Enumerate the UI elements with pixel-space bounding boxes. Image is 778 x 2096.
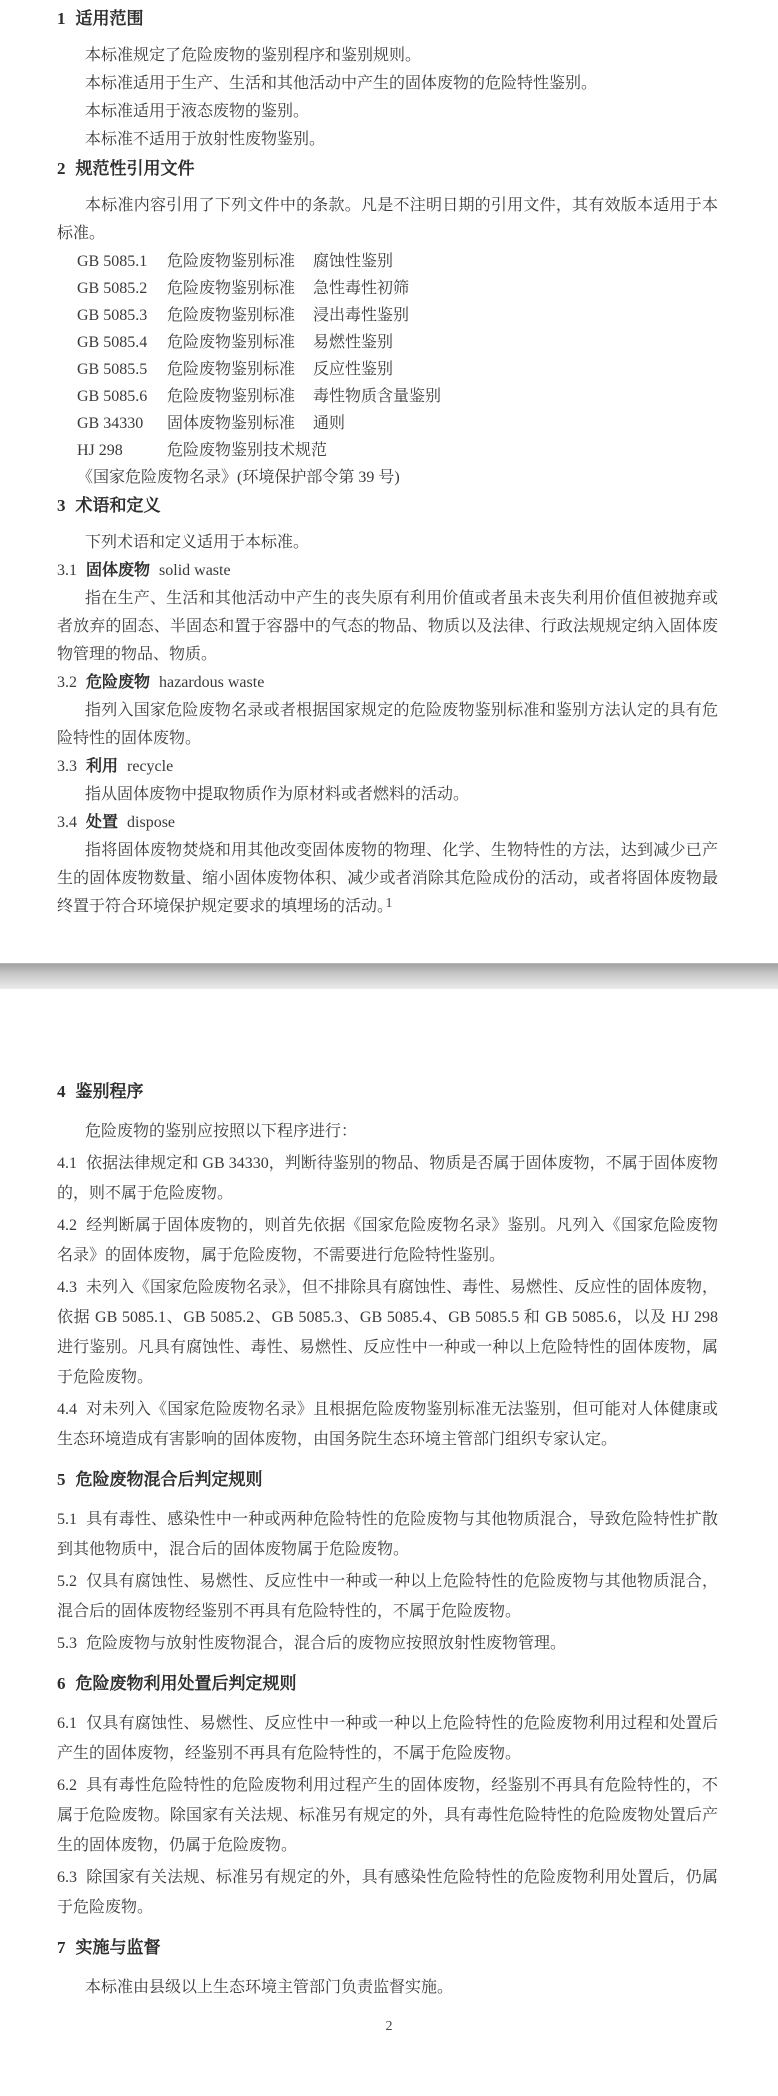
section-heading-terms: 3术语和定义 [57, 493, 718, 519]
section-title: 危险废物利用处置后判定规则 [76, 1674, 297, 1693]
reference-name: 通则 [313, 410, 345, 437]
term-number: 3.3 [57, 758, 77, 775]
reference-code: GB 5085.6 [77, 383, 167, 410]
reference-name: 急性毒性初筛 [313, 275, 409, 302]
reference-code: GB 5085.1 [77, 248, 167, 275]
numbered-clause: 4.1依据法律规定和 GB 34330，判断待鉴别的物品、物质是否属于固体废物，… [57, 1149, 718, 1209]
term-definition: 指从固体废物中提取物质作为原材料或者燃料的活动。 [57, 781, 718, 809]
section-heading-reuse-disposal-rules: 6危险废物利用处置后判定规则 [57, 1669, 718, 1699]
reference-row: HJ 298危险废物鉴别技术规范 [77, 437, 718, 464]
reference-name: 腐蚀性鉴别 [313, 248, 393, 275]
term-definition: 指在生产、生活和其他活动中产生的丧失原有利用价值或者虽未丧失利用价值但被抛弃或者… [57, 585, 718, 669]
reference-name: 毒性物质含量鉴别 [313, 383, 441, 410]
section-heading-mixing-rules: 5危险废物混合后判定规则 [57, 1465, 718, 1495]
reference-standard: 危险废物鉴别标准 [167, 248, 295, 275]
numbered-clause: 5.3危险废物与放射性废物混合，混合后的废物应按照放射性废物管理。 [57, 1629, 718, 1659]
numbered-clause: 6.1仅具有腐蚀性、易燃性、反应性中一种或一种以上危险特性的危险废物利用过程和处… [57, 1709, 718, 1769]
clause-number: 4.1 [57, 1155, 77, 1172]
reference-standard: 固体废物鉴别标准 [167, 410, 295, 437]
page-2: 4鉴别程序 危险废物的鉴别应按照以下程序进行： 4.1依据法律规定和 GB 34… [0, 989, 778, 2096]
term-chinese: 危险废物 [86, 674, 150, 691]
section-number: 1 [57, 9, 66, 28]
term-english: dispose [127, 814, 175, 831]
clause-text: 依据法律规定和 GB 34330，判断待鉴别的物品、物质是否属于固体废物，不属于… [57, 1155, 718, 1202]
clause-number: 4.2 [57, 1217, 77, 1234]
section-title: 实施与监督 [76, 1938, 161, 1957]
section-heading-procedure: 4鉴别程序 [57, 1077, 718, 1107]
clause-text: 仅具有腐蚀性、易燃性、反应性中一种或一种以上危险特性的危险废物利用过程和处置后产… [57, 1715, 718, 1762]
reference-standard: 危险废物鉴别标准 [167, 383, 295, 410]
terms-intro: 下列术语和定义适用于本标准。 [57, 529, 718, 557]
numbered-clause: 4.3未列入《国家危险废物名录》，但不排除具有腐蚀性、毒性、易燃性、反应性的固体… [57, 1273, 718, 1393]
reference-code: GB 5085.3 [77, 302, 167, 329]
section-number: 7 [57, 1938, 66, 1957]
term-heading: 3.3利用recycle [57, 753, 718, 781]
page-number: 1 [0, 896, 778, 912]
procedure-intro: 危险废物的鉴别应按照以下程序进行： [57, 1117, 718, 1147]
scope-paragraph: 本标准不适用于放射性废物鉴别。 [57, 126, 718, 154]
reference-standard: 危险废物鉴别标准 [167, 302, 295, 329]
clause-number: 5.1 [57, 1511, 77, 1528]
clause-number: 6.1 [57, 1715, 77, 1732]
page-separator [0, 963, 778, 989]
term-number: 3.1 [57, 562, 77, 579]
reference-code: GB 34330 [77, 410, 167, 437]
references-intro: 本标准内容引用了下列文件中的条款。凡是不注明日期的引用文件，其有效版本适用于本标… [57, 192, 718, 248]
section-number: 3 [57, 496, 66, 515]
term-definition: 指列入国家危险废物名录或者根据国家规定的危险废物鉴别标准和鉴别方法认定的具有危险… [57, 697, 718, 753]
reference-code: HJ 298 [77, 437, 167, 464]
section-title: 危险废物混合后判定规则 [76, 1470, 263, 1489]
clause-text: 未列入《国家危险废物名录》，但不排除具有腐蚀性、毒性、易燃性、反应性的固体废物，… [57, 1279, 718, 1386]
reference-standard: 危险废物鉴别技术规范 [167, 437, 327, 464]
clause-text: 危险废物与放射性废物混合，混合后的废物应按照放射性废物管理。 [86, 1635, 566, 1652]
section-number: 2 [57, 159, 66, 178]
reference-catalog-line: 《国家危险废物名录》(环境保护部令第 39 号) [77, 464, 718, 491]
clause-text: 具有毒性危险特性的危险废物利用过程产生的固体废物，经鉴别不再具有危险特性的，不属… [57, 1777, 718, 1854]
clause-number: 5.2 [57, 1573, 77, 1590]
term-chinese: 处置 [86, 814, 118, 831]
clause-text: 仅具有腐蚀性、易燃性、反应性中一种或一种以上危险特性的危险废物与其他物质混合，混… [57, 1573, 718, 1620]
section-heading-references: 2规范性引用文件 [57, 156, 718, 182]
reference-row: GB 5085.1危险废物鉴别标准腐蚀性鉴别 [77, 248, 718, 275]
scope-paragraph: 本标准规定了危险废物的鉴别程序和鉴别规则。 [57, 42, 718, 70]
clause-text: 对未列入《国家危险废物名录》且根据危险废物鉴别标准无法鉴别，但可能对人体健康或生… [57, 1401, 718, 1448]
term-english: recycle [127, 758, 173, 775]
term-chinese: 利用 [86, 758, 118, 775]
clause-text: 除国家有关法规、标准另有规定的外，具有感染性危险特性的危险废物利用处置后，仍属于… [57, 1869, 718, 1916]
reference-row: GB 5085.3危险废物鉴别标准浸出毒性鉴别 [77, 302, 718, 329]
reference-row: GB 5085.6危险废物鉴别标准毒性物质含量鉴别 [77, 383, 718, 410]
term-heading: 3.2危险废物hazardous waste [57, 669, 718, 697]
numbered-clause: 5.2仅具有腐蚀性、易燃性、反应性中一种或一种以上危险特性的危险废物与其他物质混… [57, 1567, 718, 1627]
numbered-clause: 6.2具有毒性危险特性的危险废物利用过程产生的固体废物，经鉴别不再具有危险特性的… [57, 1771, 718, 1861]
section-title: 术语和定义 [76, 496, 161, 515]
section-title: 规范性引用文件 [76, 159, 195, 178]
scope-paragraph: 本标准适用于生产、生活和其他活动中产生的固体废物的危险特性鉴别。 [57, 70, 718, 98]
section-title: 鉴别程序 [76, 1082, 144, 1101]
section-heading-implementation: 7实施与监督 [57, 1933, 718, 1963]
clause-number: 5.3 [57, 1635, 77, 1652]
reference-name: 反应性鉴别 [313, 356, 393, 383]
reference-code: GB 5085.2 [77, 275, 167, 302]
clause-number: 6.3 [57, 1869, 77, 1886]
term-chinese: 固体废物 [86, 562, 150, 579]
section-title: 适用范围 [76, 9, 144, 28]
term-english: solid waste [159, 562, 231, 579]
numbered-clause: 4.4对未列入《国家危险废物名录》且根据危险废物鉴别标准无法鉴别，但可能对人体健… [57, 1395, 718, 1455]
reference-standard: 危险废物鉴别标准 [167, 329, 295, 356]
page-1: 1适用范围 本标准规定了危险废物的鉴别程序和鉴别规则。 本标准适用于生产、生活和… [0, 0, 778, 963]
section-number: 4 [57, 1082, 66, 1101]
reference-code: GB 5085.4 [77, 329, 167, 356]
scope-paragraph: 本标准适用于液态废物的鉴别。 [57, 98, 718, 126]
reference-row: GB 5085.2危险废物鉴别标准急性毒性初筛 [77, 275, 718, 302]
section-heading-scope: 1适用范围 [57, 6, 718, 32]
section-number: 5 [57, 1470, 66, 1489]
reference-name: 易燃性鉴别 [313, 329, 393, 356]
reference-row: GB 34330固体废物鉴别标准通则 [77, 410, 718, 437]
term-heading: 3.1固体废物solid waste [57, 557, 718, 585]
reference-standard: 危险废物鉴别标准 [167, 275, 295, 302]
clause-text: 经判断属于固体废物的，则首先依据《国家危险废物名录》鉴别。凡列入《国家危险废物名… [57, 1217, 718, 1264]
document-scan: 1适用范围 本标准规定了危险废物的鉴别程序和鉴别规则。 本标准适用于生产、生活和… [0, 0, 778, 2096]
term-number: 3.4 [57, 814, 77, 831]
reference-standard: 危险废物鉴别标准 [167, 356, 295, 383]
clause-number: 4.4 [57, 1401, 77, 1418]
reference-row: GB 5085.5危险废物鉴别标准反应性鉴别 [77, 356, 718, 383]
implementation-paragraph: 本标准由县级以上生态环境主管部门负责监督实施。 [57, 1973, 718, 2003]
clause-number: 6.2 [57, 1777, 77, 1794]
numbered-clause: 6.3除国家有关法规、标准另有规定的外，具有感染性危险特性的危险废物利用处置后，… [57, 1863, 718, 1923]
numbered-clause: 4.2经判断属于固体废物的，则首先依据《国家危险废物名录》鉴别。凡列入《国家危险… [57, 1211, 718, 1271]
reference-name: 浸出毒性鉴别 [313, 302, 409, 329]
numbered-clause: 5.1具有毒性、感染性中一种或两种危险特性的危险废物与其他物质混合，导致危险特性… [57, 1505, 718, 1565]
section-number: 6 [57, 1674, 66, 1693]
term-heading: 3.4处置dispose [57, 809, 718, 837]
page-number: 2 [0, 2019, 778, 2035]
reference-code: GB 5085.5 [77, 356, 167, 383]
clause-number: 4.3 [57, 1279, 77, 1296]
reference-row: GB 5085.4危险废物鉴别标准易燃性鉴别 [77, 329, 718, 356]
clause-text: 具有毒性、感染性中一种或两种危险特性的危险废物与其他物质混合，导致危险特性扩散到… [57, 1511, 718, 1558]
term-number: 3.2 [57, 674, 77, 691]
term-english: hazardous waste [159, 674, 264, 691]
